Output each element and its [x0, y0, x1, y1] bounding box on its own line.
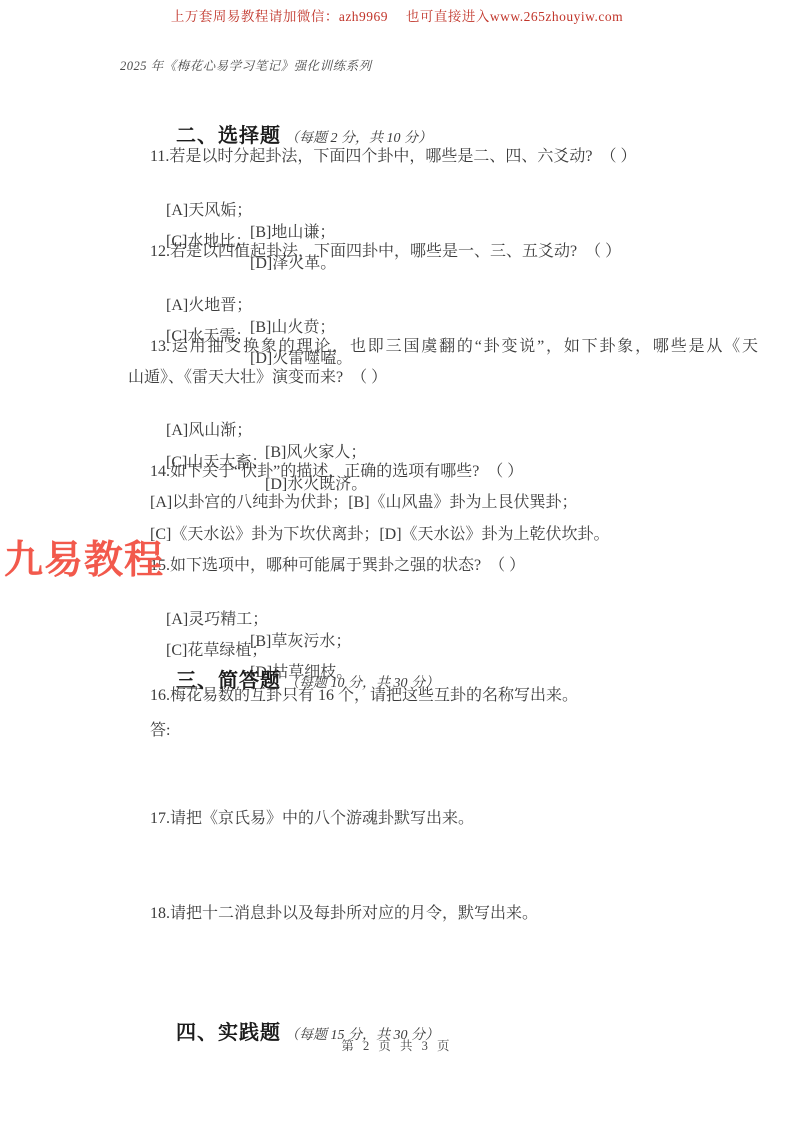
- question-15-stem: 15.如下选项中，哪种可能属于巽卦之强的状态? （ ）: [150, 555, 758, 577]
- question-16-answer-label: 答:: [150, 720, 758, 742]
- header-notice: 上万套周易教程请加微信：azh9969 也可直接进入www.265zhouyiw…: [0, 5, 794, 25]
- question-17-stem: 17.请把《京氏易》中的八个游魂卦默写出来。: [150, 808, 758, 830]
- question-18-stem: 18.请把十二消息卦以及每卦所对应的月令，默写出来。: [150, 903, 758, 925]
- question-14-stem: 14.如下关于“伏卦”的描述，正确的选项有哪些? （ ）: [150, 461, 758, 483]
- document-page: 上万套周易教程请加微信：azh9969 也可直接进入www.265zhouyiw…: [0, 0, 794, 1123]
- section-note: （每题 2 分，共 10 分）: [285, 131, 432, 146]
- question-14-options-ab: [A]以卦宫的八纯卦为伏卦；[B]《山风蛊》卦为上艮伏巽卦；: [150, 492, 758, 514]
- question-11-stem: 11.若是以时分起卦法，下面四个卦中，哪些是二、四、六爻动? （ ）: [150, 146, 758, 168]
- question-14-options-cd: [C]《天水讼》卦为下坎伏离卦；[D]《天水讼》卦为上乾伏坎卦。: [150, 524, 758, 546]
- question-13-stem-line2: 山遁》、《雷天大壮》演变而来? （ ）: [128, 367, 736, 389]
- series-note: 2025 年《梅花心易学习笔记》强化训练系列: [120, 56, 372, 74]
- section-title: 二、选择题: [176, 125, 281, 147]
- site-watermark: 九易教程: [4, 541, 164, 580]
- question-12-stem: 12.若是以四值起卦法，下面四卦中，哪些是一、三、五爻动? （ ）: [150, 241, 758, 263]
- question-13-stem-line1: 13.运用抽爻换象的理论，也即三国虞翻的“卦变说”，如下卦象，哪些是从《天: [150, 336, 758, 358]
- page-number: 第 2 页 共 3 页: [0, 1036, 794, 1054]
- question-16-stem: 16.梅花易数的互卦只有 16 个，请把这些互卦的名称写出来。: [150, 685, 758, 707]
